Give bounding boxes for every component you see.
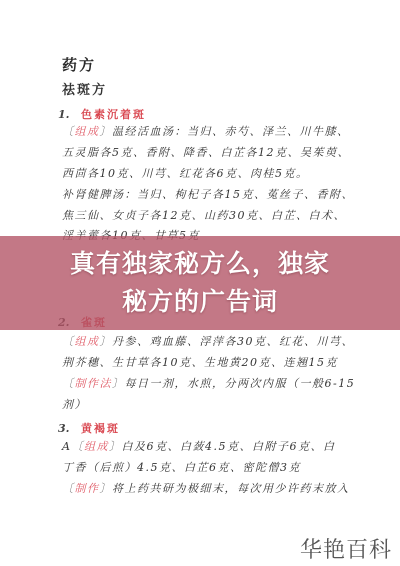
text-line: 荆芥穗、生甘草各10克、生地黄20克、连翘15克	[62, 356, 338, 370]
text-line: 剂）	[62, 398, 87, 412]
section-name: 黄褐斑	[81, 422, 120, 435]
text-line: 焦三仙、女贞子各12克、山药30克、白芷、白术、	[62, 209, 346, 223]
headline-text: 真有独家秘方么，独家 秘方的广告词	[0, 245, 400, 321]
ingredient-tag: 〔组成〕	[62, 125, 112, 138]
text-line: 〔组成〕丹参、鸡血藤、浮萍各30克、红花、川芎、	[62, 335, 354, 349]
text-line: 〔制作法〕每日一剂，水煎，分两次内服（一般6-15	[62, 377, 355, 391]
text-line: 〔制作〕将上药共研为极细末，每次用少许药末放入	[62, 482, 350, 496]
watermark: 华艳百科	[300, 533, 392, 564]
document-title: 药方	[62, 54, 96, 75]
ingredient-tag: 〔组成〕	[62, 335, 112, 348]
section-1-heading: 1. 色素沉着斑	[58, 106, 146, 122]
headline-line-2: 秘方的广告词	[0, 283, 400, 321]
section-number: 1.	[58, 108, 69, 121]
section-3-heading: 3. 黄褐斑	[58, 420, 120, 436]
text-line: 西茴各10克、川芎、红花各6克、肉桂5克。	[62, 167, 309, 181]
text-line: 五灵脂各5克、香附、降香、白芷各12克、吴茱萸、	[62, 146, 350, 160]
section-name: 色素沉着斑	[81, 108, 146, 121]
method-tag: 〔制作法〕	[62, 377, 125, 390]
text-line: 补肾健脾汤：当归、枸杞子各15克、菟丝子、香附、	[62, 188, 354, 202]
document-subtitle: 祛斑方	[62, 79, 107, 98]
headline-line-1: 真有独家秘方么，独家	[0, 245, 400, 283]
method-tag: 〔制作〕	[62, 482, 112, 495]
text-line: 丁香（后煎）4.5克、白芷6克、密陀僧3克	[62, 461, 301, 475]
text-line: A〔组成〕白及6克、白蔹4.5克、白附子6克、白	[62, 440, 335, 454]
ingredient-tag: 〔组成〕	[71, 440, 121, 453]
section-number: 3.	[58, 422, 69, 435]
text-line: 〔组成〕温经活血汤：当归、赤芍、泽兰、川牛膝、	[62, 125, 350, 139]
